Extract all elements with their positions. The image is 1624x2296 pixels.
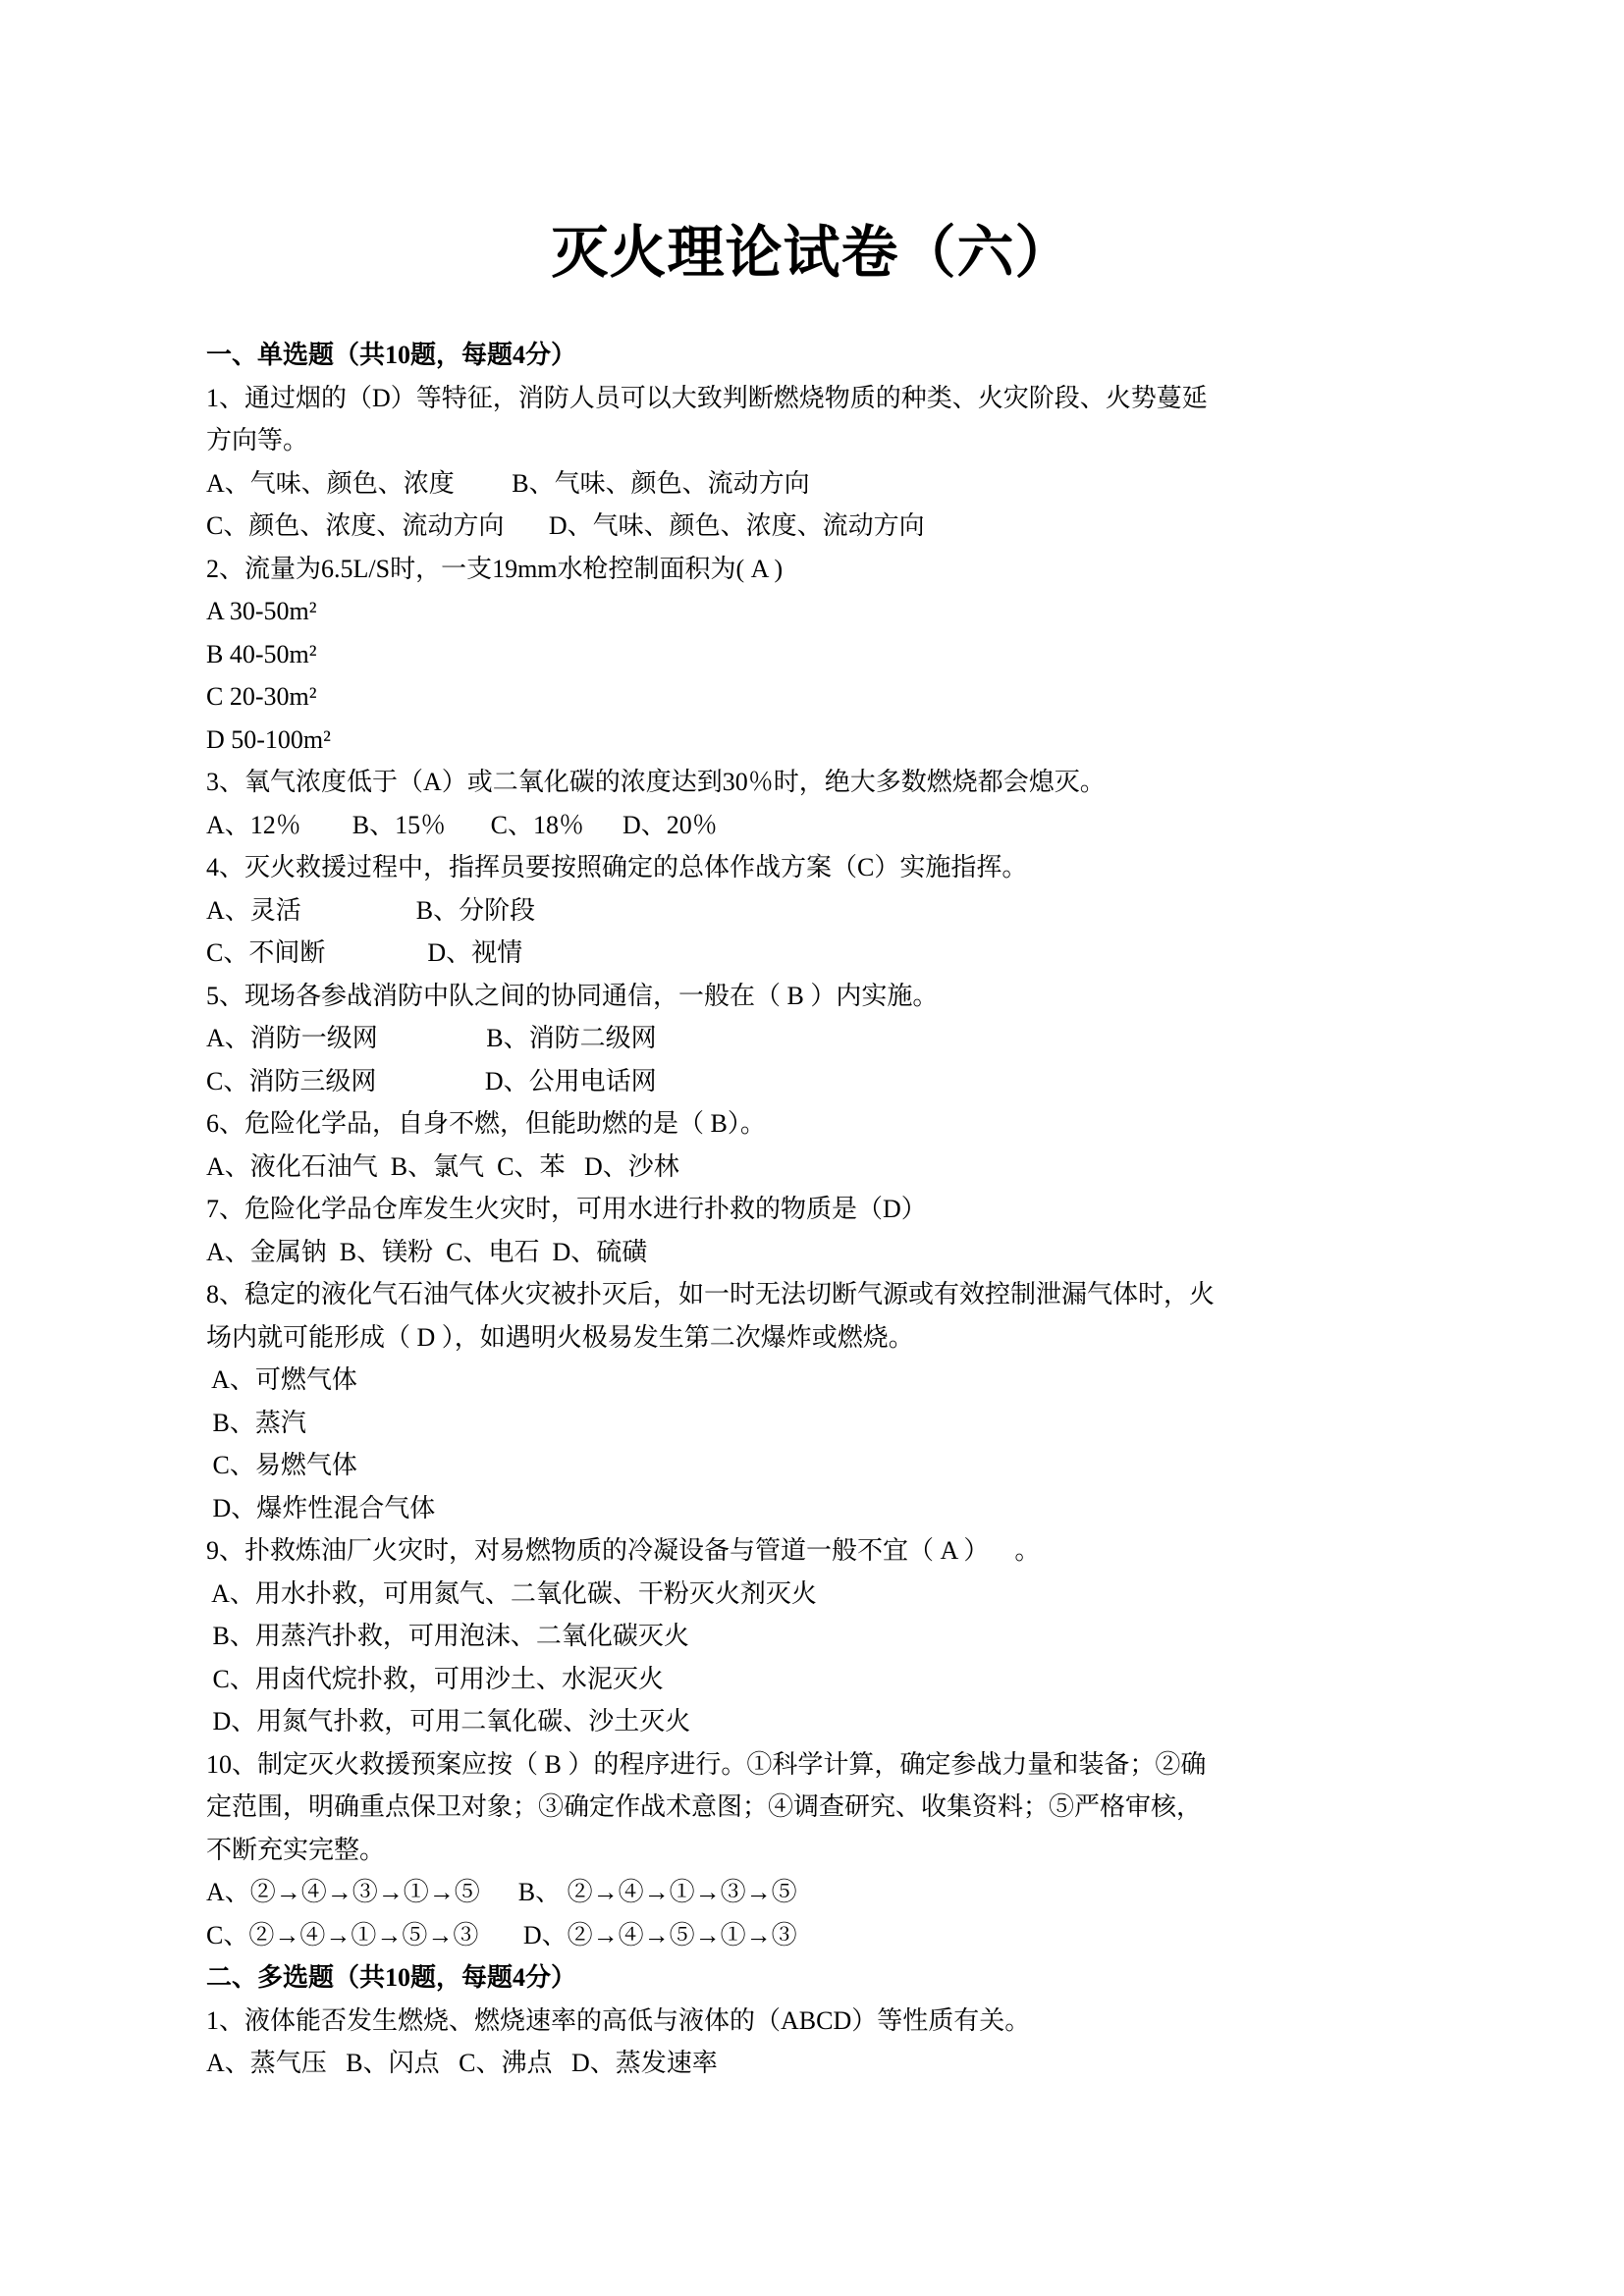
q3-line: 3、氧气浓度低于（A）或二氧化碳的浓度达到30％时，绝大多数燃烧都会熄灭。 [206, 761, 1487, 804]
q1-line-2: 方向等。 [206, 419, 1487, 462]
section-1-heading: 一、单选题（共10题，每题4分） [206, 334, 1487, 377]
q9-option-c: C、用卤代烷扑救，可用沙土、水泥灭火 [206, 1658, 1487, 1701]
q1-line-1: 1、通过烟的（D）等特征，消防人员可以大致判断燃烧物质的种类、火灾阶段、火势蔓延 [206, 377, 1487, 420]
exam-paper-page: 灭火理论试卷（六） 一、单选题（共10题，每题4分） 1、通过烟的（D）等特征，… [0, 0, 1624, 2296]
q8-option-a: A、可燃气体 [206, 1359, 1487, 1402]
q6-options: A、液化石油气 B、氯气 C、苯 D、沙林 [206, 1146, 1487, 1189]
q9-option-b: B、用蒸汽扑救，可用泡沫、二氧化碳灭火 [206, 1615, 1487, 1658]
q4-line: 4、灭火救援过程中，指挥员要按照确定的总体作战方案（C）实施指挥。 [206, 846, 1487, 889]
q1-options-ab: A、气味、颜色、浓度 B、气味、颜色、流动方向 [206, 462, 1487, 506]
q9-option-d: D、用氮气扑救，可用二氧化碳、沙土灭火 [206, 1700, 1487, 1743]
q4-options-cd: C、不间断 D、视情 [206, 932, 1487, 975]
q8-line-1: 8、稳定的液化气石油气体火灾被扑灭后，如一时无法切断气源或有效控制泄漏气体时，火 [206, 1273, 1487, 1316]
q9-option-a: A、用水扑救，可用氮气、二氧化碳、干粉灭火剂灭火 [206, 1573, 1487, 1616]
q10-line-1: 10、制定灭火救援预案应按（ B ）的程序进行。①科学计算，确定参战力量和装备；… [206, 1743, 1487, 1787]
q3-options: A、12％ B、15％ C、18％ D、20％ [206, 804, 1487, 847]
mq1-line: 1、液体能否发生燃烧、燃烧速率的高低与液体的（ABCD）等性质有关。 [206, 2000, 1487, 2043]
q2-option-c: C 20-30m² [206, 675, 1487, 719]
q9-line: 9、扑救炼油厂火灾时，对易燃物质的冷凝设备与管道一般不宜（ A ） 。 [206, 1529, 1487, 1573]
mq1-options: A、蒸气压 B、闪点 C、沸点 D、蒸发速率 [206, 2042, 1487, 2085]
q2-option-d: D 50-100m² [206, 719, 1487, 762]
q4-options-ab: A、灵活 B、分阶段 [206, 889, 1487, 933]
exam-title: 灭火理论试卷（六） [0, 0, 1624, 289]
q10-line-2: 定范围，明确重点保卫对象；③确定作战术意图；④调查研究、收集资料；⑤严格审核， [206, 1786, 1487, 1829]
q2-option-b: B 40-50m² [206, 633, 1487, 676]
q10-options-ab: A、②→④→③→①→⑤ B、 ②→④→①→③→⑤ [206, 1871, 1487, 1914]
q2-option-a: A 30-50m² [206, 590, 1487, 633]
q2-line: 2、流量为6.5L/S时，一支19mm水枪控制面积为( A ) [206, 548, 1487, 591]
q8-line-2: 场内就可能形成（ D ），如遇明火极易发生第二次爆炸或燃烧。 [206, 1316, 1487, 1360]
q8-option-c: C、易燃气体 [206, 1444, 1487, 1487]
q8-option-d: D、爆炸性混合气体 [206, 1487, 1487, 1530]
q1-options-cd: C、颜色、浓度、流动方向 D、气味、颜色、浓度、流动方向 [206, 505, 1487, 548]
section-2-heading: 二、多选题（共10题，每题4分） [206, 1956, 1487, 2000]
q7-options: A、金属钠 B、镁粉 C、电石 D、硫磺 [206, 1231, 1487, 1274]
q7-line: 7、危险化学品仓库发生火灾时，可用水进行扑救的物质是（D） [206, 1188, 1487, 1231]
exam-content: 一、单选题（共10题，每题4分） 1、通过烟的（D）等特征，消防人员可以大致判断… [0, 289, 1624, 2085]
q5-options-ab: A、消防一级网 B、消防二级网 [206, 1017, 1487, 1060]
q10-options-cd: C、②→④→①→⑤→③ D、②→④→⑤→①→③ [206, 1914, 1487, 1957]
q8-option-b: B、蒸汽 [206, 1402, 1487, 1445]
q6-line: 6、危险化学品，自身不燃，但能助燃的是（ B）。 [206, 1102, 1487, 1146]
q5-line: 5、现场各参战消防中队之间的协同通信，一般在（ B ）内实施。 [206, 975, 1487, 1018]
q10-line-3: 不断充实完整。 [206, 1829, 1487, 1872]
q5-options-cd: C、消防三级网 D、公用电话网 [206, 1060, 1487, 1103]
